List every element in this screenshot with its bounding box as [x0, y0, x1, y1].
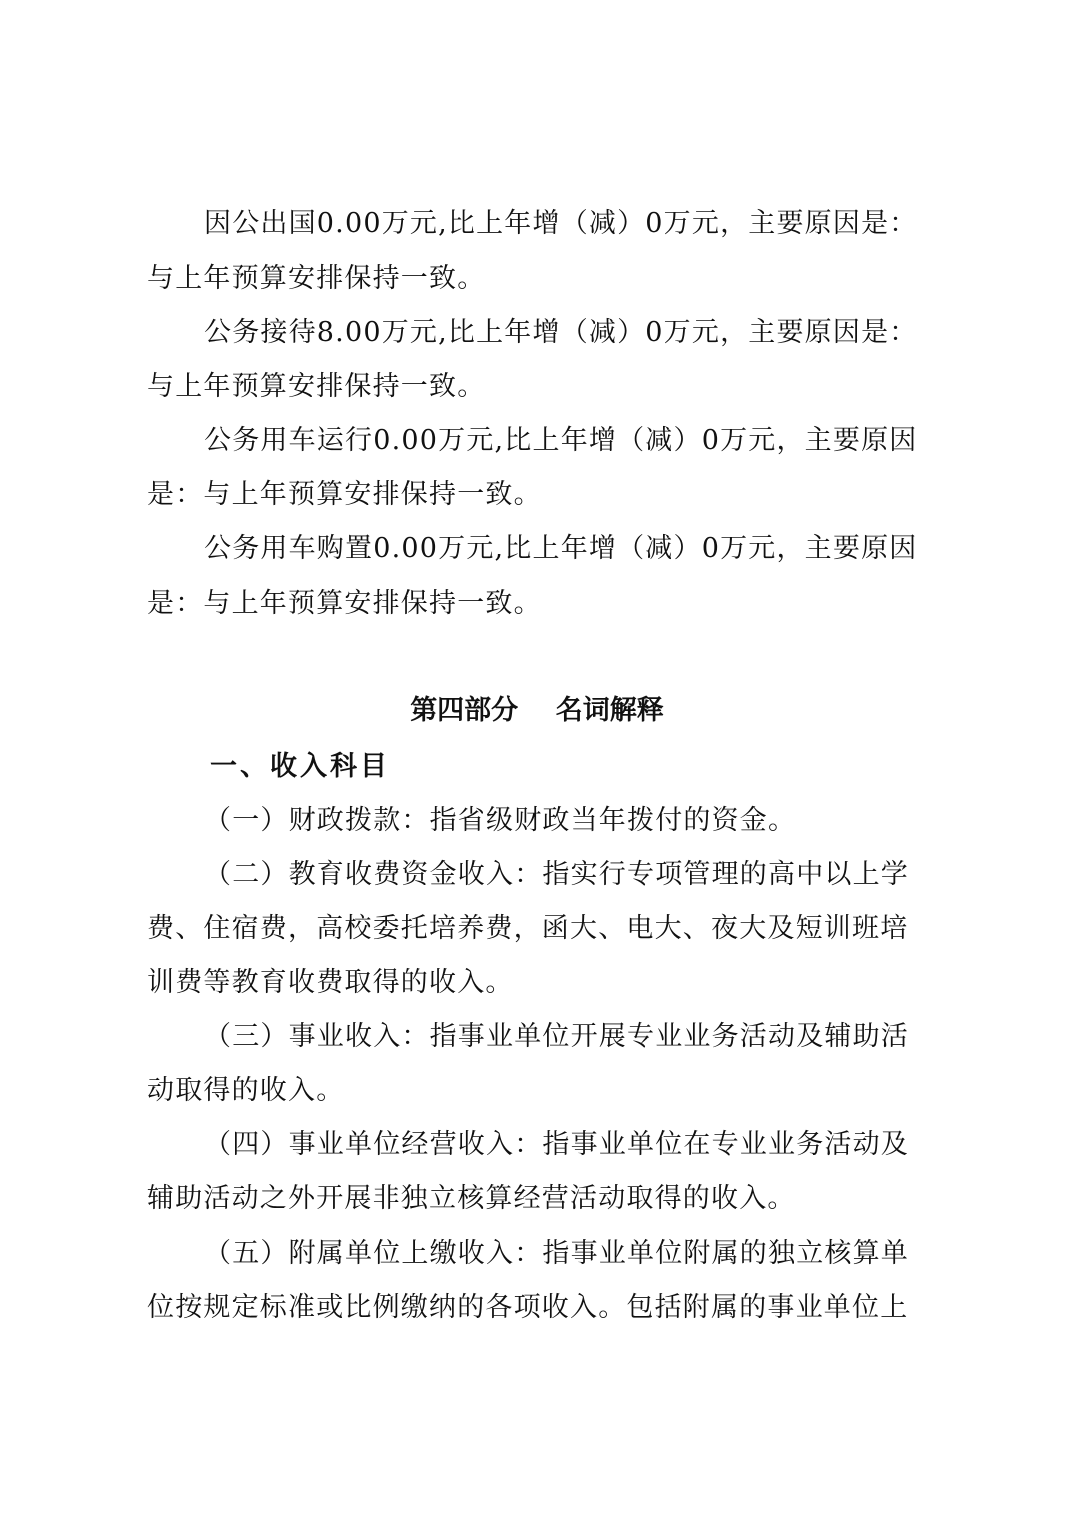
definition-line: 训费等教育收费取得的收入。 — [147, 965, 514, 1001]
paragraph-line: 与上年预算安排保持一致。 — [147, 369, 485, 405]
paragraph-line: 是：与上年预算安排保持一致。 — [147, 477, 542, 513]
paragraph-line: 是：与上年预算安排保持一致。 — [147, 586, 542, 622]
definition-line: （一）财政拨款：指省级财政当年拨付的资金。 — [204, 803, 796, 839]
definition-line: （五）附属单位上缴收入：指事业单位附属的独立核算单 — [204, 1236, 909, 1272]
paragraph-line: 因公出国0.00万元,比上年增（减）0万元，主要原因是： — [204, 206, 917, 242]
paragraph-line: 公务用车运行0.00万元,比上年增（减）0万元，主要原因 — [204, 423, 917, 459]
definition-line: 辅助活动之外开展非独立核算经营活动取得的收入。 — [147, 1181, 796, 1217]
subsection-title: 一、收入科目 — [210, 749, 390, 785]
definition-line: 位按规定标准或比例缴纳的各项收入。包括附属的事业单位上 — [147, 1290, 908, 1326]
document-page: 因公出国0.00万元,比上年增（减）0万元，主要原因是： 与上年预算安排保持一致… — [0, 0, 1074, 1520]
definition-line: 动取得的收入。 — [147, 1073, 344, 1109]
definition-line: （三）事业收入：指事业单位开展专业业务活动及辅助活 — [204, 1019, 909, 1055]
paragraph-line: 与上年预算安排保持一致。 — [147, 261, 485, 297]
definition-line: （四）事业单位经营收入：指事业单位在专业业务活动及 — [204, 1127, 909, 1163]
definition-line: （二）教育收费资金收入：指实行专项管理的高中以上学 — [204, 857, 909, 893]
paragraph-line: 公务用车购置0.00万元,比上年增（减）0万元，主要原因 — [204, 531, 917, 567]
section-title: 第四部分 名词解释 — [0, 693, 1074, 729]
definition-line: 费、住宿费，高校委托培养费，函大、电大、夜大及短训班培 — [147, 911, 908, 947]
paragraph-line: 公务接待8.00万元,比上年增（减）0万元，主要原因是： — [204, 315, 917, 351]
